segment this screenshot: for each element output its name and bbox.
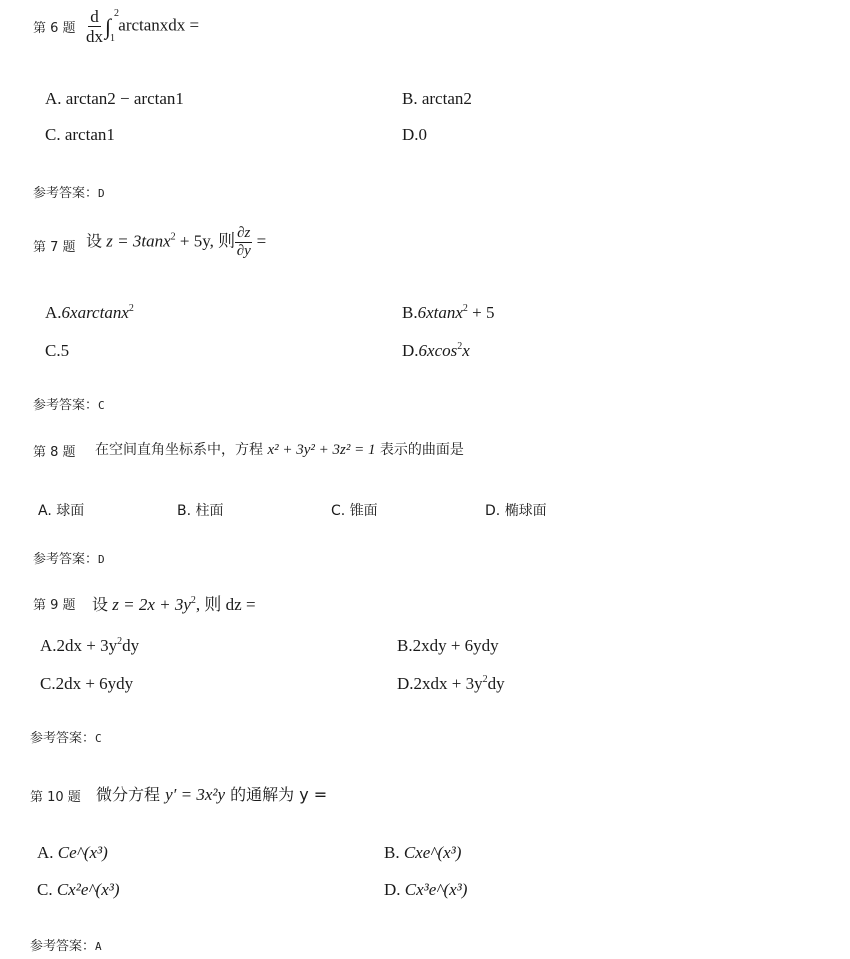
option-c[interactable]: C. 锥面 [331,500,378,520]
question-stem: 设 z = 3tanx2 + 5y, 则∂z∂y = [86,226,266,259]
option-d[interactable]: D.2xdx + 3y2dy [397,674,505,694]
option-b[interactable]: B. Cxe^(x³) [384,843,461,863]
option-b[interactable]: B.2xdy + 6ydy [397,636,499,656]
question-number: 第 6 题 [33,17,76,36]
reference-answer: 参考答案：D [33,548,105,567]
reference-answer: 参考答案：C [30,727,102,746]
option-b[interactable]: B.6xtanx2 + 5 [402,303,495,323]
option-a[interactable]: A.6xarctanx2 [45,303,134,323]
option-c[interactable]: C.5 [45,341,69,361]
option-d[interactable]: D. 椭球面 [485,500,547,520]
question-number: 第 9 题 [33,594,76,613]
integral-sign: ∫21 [105,14,111,40]
option-a[interactable]: A. arctan2 − arctan1 [45,89,184,109]
option-a[interactable]: A. 球面 [38,500,84,520]
option-b[interactable]: B. 柱面 [177,500,224,520]
option-a[interactable]: A. Ce^(x³) [37,843,108,863]
option-d[interactable]: D.6xcos2x [402,341,470,361]
question-number: 第 10 题 [30,786,81,805]
option-c[interactable]: C. Cx²e^(x³) [37,880,120,900]
option-d[interactable]: D.0 [402,125,427,145]
question-stem: 设 z = 2x + 3y2, 则 dz = [92,590,256,615]
reference-answer: 参考答案：D [33,182,105,201]
question-stem: ddx∫21 arctanxdx = [86,8,199,45]
question-number: 第 7 题 [33,236,76,255]
option-d[interactable]: D. Cx³e^(x³) [384,880,467,900]
option-c[interactable]: C.2dx + 6ydy [40,674,133,694]
question-stem: 在空间直角坐标系中，方程 x² + 3y² + 3z² = 1 表示的曲面是 [95,439,464,459]
option-a[interactable]: A.2dx + 3y2dy [40,636,139,656]
question-stem: 微分方程 y′ = 3x²y 的通解为 y = [96,782,327,805]
question-number: 第 8 题 [33,441,76,460]
reference-answer: 参考答案：C [33,394,105,413]
option-b[interactable]: B. arctan2 [402,89,472,109]
reference-answer: 参考答案：A [30,935,102,954]
option-c[interactable]: C. arctan1 [45,125,115,145]
